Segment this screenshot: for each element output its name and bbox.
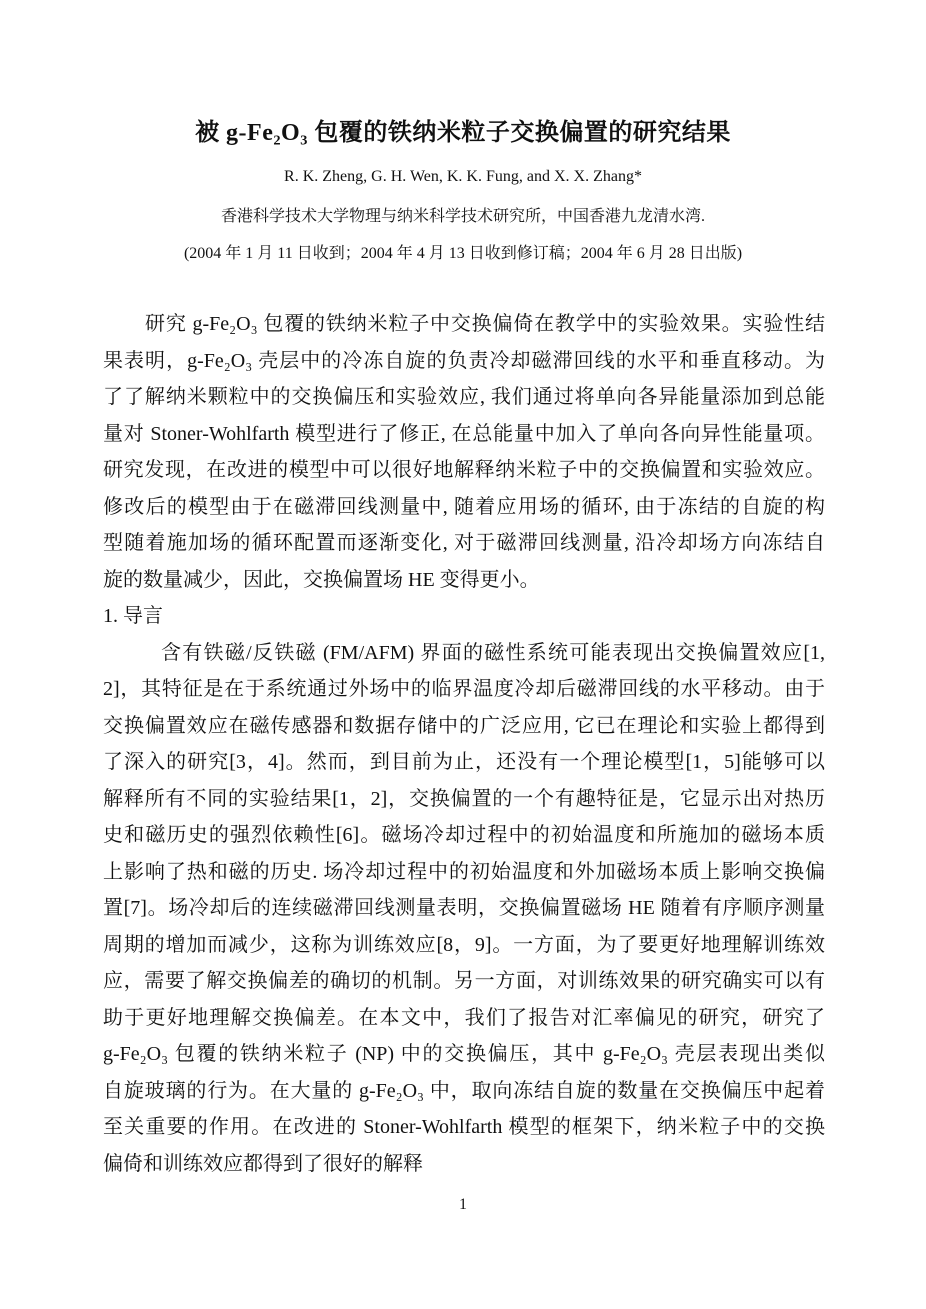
submission-dates: (2004 年 1 月 11 日收到；2004 年 4 月 13 日收到修订稿；…	[0, 240, 926, 263]
intro-line: 应，需要了解交换偏差的确切的机制。另一方面，对训练效果的研究确实可以有	[103, 963, 825, 1000]
abstract-line: 研究 g-Fe₂O₃ 包覆的铁纳米粒子中交换偏倚在教学中的实验效果。实验性结	[103, 306, 825, 343]
section-heading-introduction: 1. 导言	[103, 598, 825, 635]
abstract-line: 果表明，g-Fe₂O₃ 壳层中的冷冻自旋的负责冷却磁滞回线的水平和垂直移动。为	[103, 343, 825, 380]
abstract-line: 研究发现，在改进的模型中可以很好地解释纳米粒子中的交换偏置和实验效应。	[103, 452, 825, 489]
abstract-line: 量对 Stoner-Wohlfarth 模型进行了修正, 在总能量中加入了单向各…	[103, 416, 825, 453]
intro-line: 交换偏置效应在磁传感器和数据存储中的广泛应用, 它已在理论和实验上都得到	[103, 708, 825, 745]
paper-page: 被 g-Fe₂O₃ 包覆的铁纳米粒子交换偏置的研究结果 R. K. Zheng,…	[0, 0, 926, 1309]
paper-title: 被 g-Fe₂O₃ 包覆的铁纳米粒子交换偏置的研究结果	[0, 112, 926, 147]
page-number: 1	[0, 1196, 926, 1214]
abstract-line: 型随着施加场的循环配置而逐渐变化, 对于磁滞回线测量, 沿冷却场方向冻结自	[103, 525, 825, 562]
intro-line: 周期的增加而减少，这称为训练效应[8，9]。一方面，为了要更好地理解训练效	[103, 927, 825, 964]
intro-line: 解释所有不同的实验结果[1，2]，交换偏置的一个有趣特征是，它显示出对热历	[103, 781, 825, 818]
intro-line: 至关重要的作用。在改进的 Stoner-Wohlfarth 模型的框架下，纳米粒…	[103, 1109, 825, 1146]
intro-line: 置[7]。场冷却后的连续磁滞回线测量表明，交换偏置磁场 HE 随着有序顺序测量	[103, 890, 825, 927]
intro-line: 史和磁历史的强烈依赖性[6]。磁场冷却过程中的初始温度和所施加的磁场本质	[103, 817, 825, 854]
intro-line: 偏倚和训练效应都得到了很好的解释	[103, 1146, 825, 1183]
abstract-line: 修改后的模型由于在磁滞回线测量中, 随着应用场的循环, 由于冻结的自旋的构	[103, 489, 825, 526]
intro-line: g-Fe₂O₃ 包覆的铁纳米粒子 (NP) 中的交换偏压，其中 g-Fe₂O₃ …	[103, 1036, 825, 1073]
intro-line: 2]，其特征是在于系统通过外场中的临界温度冷却后磁滞回线的水平移动。由于	[103, 671, 825, 708]
author-list: R. K. Zheng, G. H. Wen, K. K. Fung, and …	[0, 168, 926, 186]
abstract-line: 了了解纳米颗粒中的交换偏压和实验效应, 我们通过将单向各异能量添加到总能	[103, 379, 825, 416]
intro-line: 助于更好地理解交换偏差。在本文中，我们了报告对汇率偏见的研究，研究了	[103, 1000, 825, 1037]
abstract-line: 旋的数量减少，因此，交换偏置场 HE 变得更小。	[103, 562, 825, 599]
affiliation: 香港科学技术大学物理与纳米科学技术研究所，中国香港九龙清水湾.	[0, 203, 926, 226]
intro-line: 了深入的研究[3，4]。然而，到目前为止，还没有一个理论模型[1，5]能够可以	[103, 744, 825, 781]
intro-line: 含有铁磁/反铁磁 (FM/AFM) 界面的磁性系统可能表现出交换偏置效应[1,	[103, 635, 825, 672]
intro-line: 自旋玻璃的行为。在大量的 g-Fe₂O₃ 中，取向冻结自旋的数量在交换偏压中起着	[103, 1073, 825, 1110]
paper-body: 研究 g-Fe₂O₃ 包覆的铁纳米粒子中交换偏倚在教学中的实验效果。实验性结 果…	[103, 306, 825, 1182]
intro-line: 上影响了热和磁的历史. 场冷却过程中的初始温度和外加磁场本质上影响交换偏	[103, 854, 825, 891]
